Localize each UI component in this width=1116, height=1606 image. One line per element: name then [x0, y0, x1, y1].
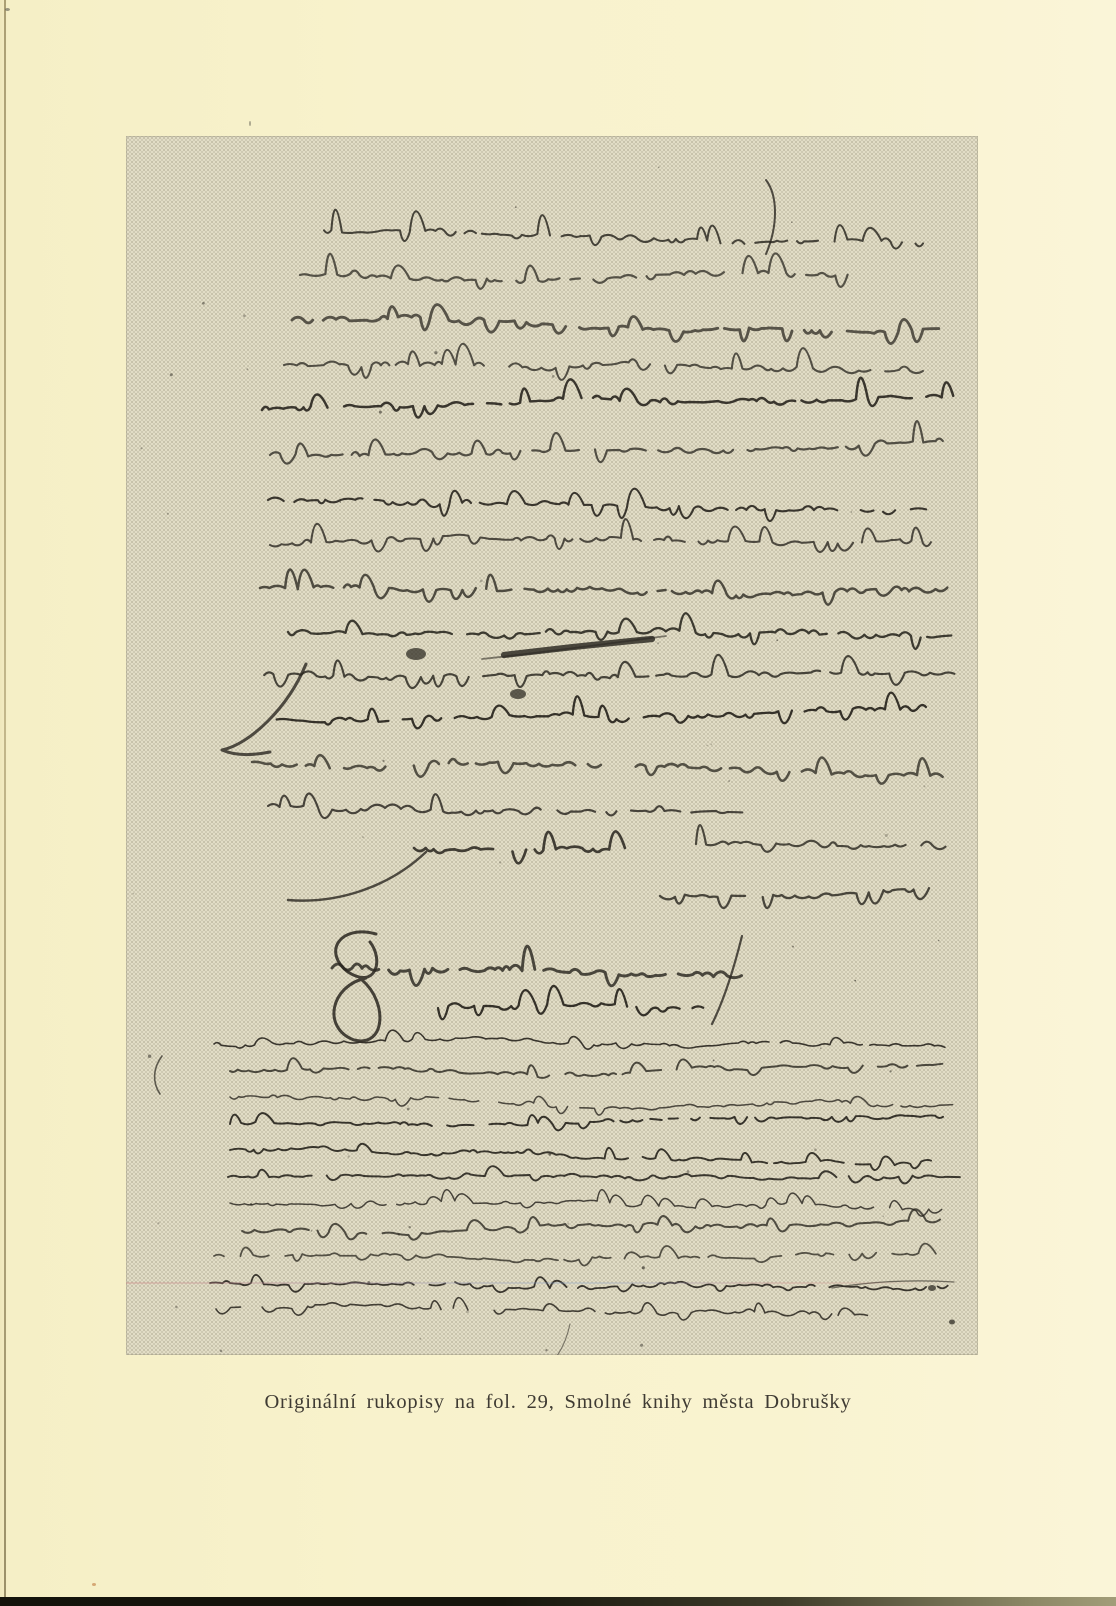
manuscript-plate — [126, 136, 978, 1355]
manuscript-handwriting-svg — [126, 136, 978, 1355]
page-left-edge — [4, 0, 6, 1606]
page-speck — [92, 1583, 96, 1586]
page-speck — [249, 121, 251, 126]
page-speck — [5, 8, 10, 11]
plate-caption: Originální rukopisy na fol. 29, Smolné k… — [0, 1388, 1116, 1416]
scan-bottom-edge — [0, 1597, 1116, 1606]
